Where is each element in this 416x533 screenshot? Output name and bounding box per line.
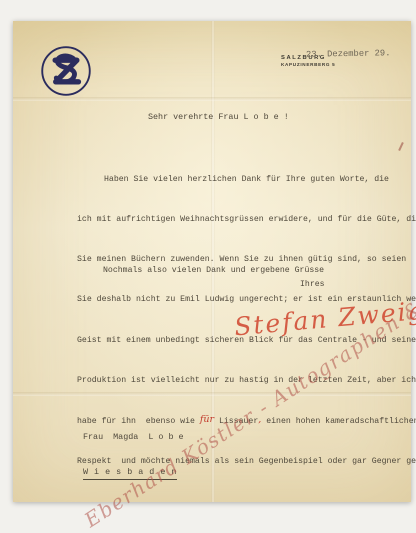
typed-segment: Lissauer xyxy=(214,417,258,426)
body-line: Haben Sie vielen herzlichen Dank für Ihr… xyxy=(77,173,409,186)
sz-monogram-icon xyxy=(39,44,93,98)
closing-line: Nochmals also vielen Dank und ergebene G… xyxy=(103,266,324,275)
typed-segment: einen hohen kameradschaftlichen xyxy=(261,417,416,426)
recipient-city: W i e s b a d e n xyxy=(83,467,177,480)
letterhead-street: KAPUZINERBERG 5 xyxy=(281,62,335,69)
body-line: ich mit aufrichtigen Weihnachtsgrüssen e… xyxy=(77,213,409,226)
body-line: Sie meinen Büchern zuwenden. Wenn Sie zu… xyxy=(77,253,409,266)
red-ink-insertion: für xyxy=(200,414,214,425)
body-line: Produktion ist vielleicht nur zu hastig … xyxy=(77,374,409,387)
recipient-name: Frau Magda L o b e xyxy=(83,432,184,444)
typed-date: 23. Dezember 29. xyxy=(306,48,391,59)
letter-photograph: SALZBURG KAPUZINERBERG 5 23. Dezember 29… xyxy=(0,0,416,533)
recipient-address: Frau Magda L o b e W i e s b a d e n xyxy=(83,409,184,503)
valediction: Ihres xyxy=(300,280,325,289)
salutation: Sehr verehrte Frau L o b e ! xyxy=(148,112,289,122)
red-ink-comma: , xyxy=(258,414,261,425)
